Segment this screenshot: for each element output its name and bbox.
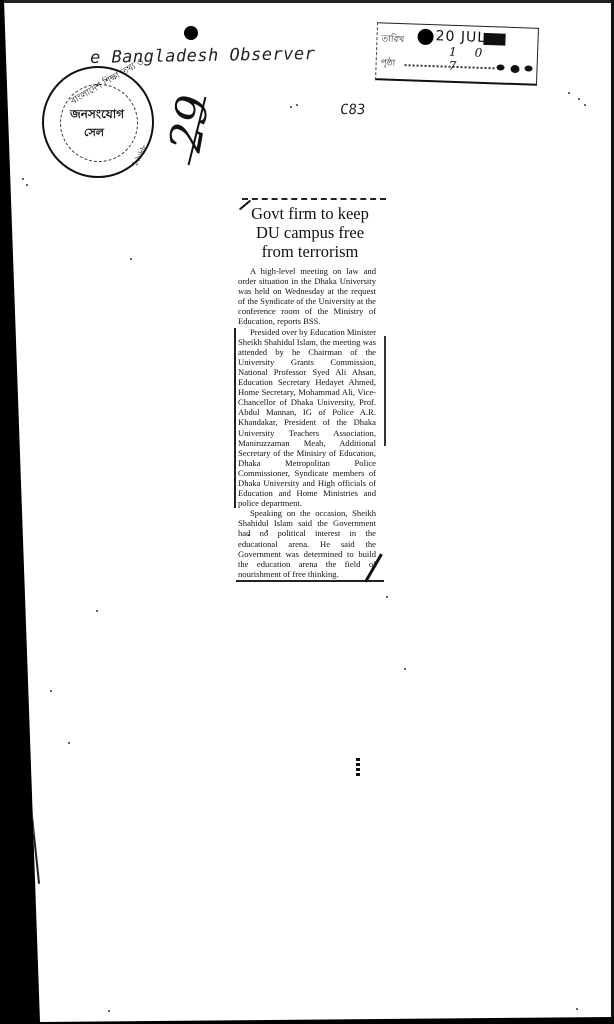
scan-speck (22, 178, 24, 180)
scan-speck (296, 104, 298, 106)
reference-code: C83 (339, 102, 366, 118)
scan-speck (290, 106, 292, 108)
clipping-bottom-border (236, 580, 384, 582)
article-paragraph: A high-level meeting on law and order si… (238, 266, 376, 327)
seal-center-text: জনসংযোগ (70, 106, 124, 126)
article-body: A high-level meeting on law and order si… (238, 266, 376, 579)
ink-blot-icon (417, 29, 434, 46)
headline-line: Govt firm to keep (234, 204, 386, 223)
scan-speck (26, 184, 28, 186)
scan-speck (68, 742, 70, 744)
obscured-year (483, 33, 505, 46)
clipping-right-border (384, 336, 386, 446)
scan-speck (568, 92, 570, 94)
seal-center-subtext: সেল (84, 124, 104, 143)
scan-speck (130, 258, 132, 260)
handwritten-page-ref: 10 7 (448, 45, 537, 76)
scan-top-edge (0, 0, 614, 3)
page-label: পৃষ্ঠা (380, 55, 395, 71)
scan-artifact-line (30, 806, 40, 884)
scan-speck (576, 1008, 578, 1010)
punch-hole-mark (184, 26, 198, 40)
headline-line: from terrorism (234, 242, 386, 261)
clipping-left-border (234, 328, 236, 508)
scan-speck (584, 104, 586, 106)
article-headline: Govt firm to keep DU campus free from te… (234, 204, 386, 261)
office-seal-stamp: বাংলাদেশ শিক্ষা তথ্য ও জনসংযোগ সেল ১৯৬৮ (42, 66, 154, 178)
handwritten-number: 29 (160, 91, 220, 155)
clipping-top-border (242, 198, 386, 200)
headline-line: DU campus free (234, 223, 386, 242)
scan-speck (248, 534, 250, 536)
date-label: তারিখ (381, 31, 404, 47)
scan-speck (386, 596, 388, 598)
scan-speck (578, 98, 580, 100)
date-stamp: তারিখ 20 JUL 10 7 পৃষ্ঠা (375, 22, 539, 86)
scan-speck (266, 530, 268, 532)
scanned-page: e Bangladesh Observer বাংলাদেশ শিক্ষা তথ… (0, 0, 614, 1024)
stamp-date: 20 JUL (435, 28, 486, 46)
ink-blot-icon (524, 65, 532, 71)
scan-speck (404, 668, 406, 670)
scan-speck (96, 610, 98, 612)
scan-speck (50, 690, 52, 692)
seal-year-text: ১৯৬৮ (127, 142, 152, 170)
article-paragraph: Speaking on the occasion, Sheikh Shahidu… (238, 508, 376, 579)
scan-artifact-mark (356, 758, 360, 778)
scan-speck (108, 1010, 110, 1012)
article-paragraph: Presided over by Education Minister Shei… (238, 327, 376, 509)
